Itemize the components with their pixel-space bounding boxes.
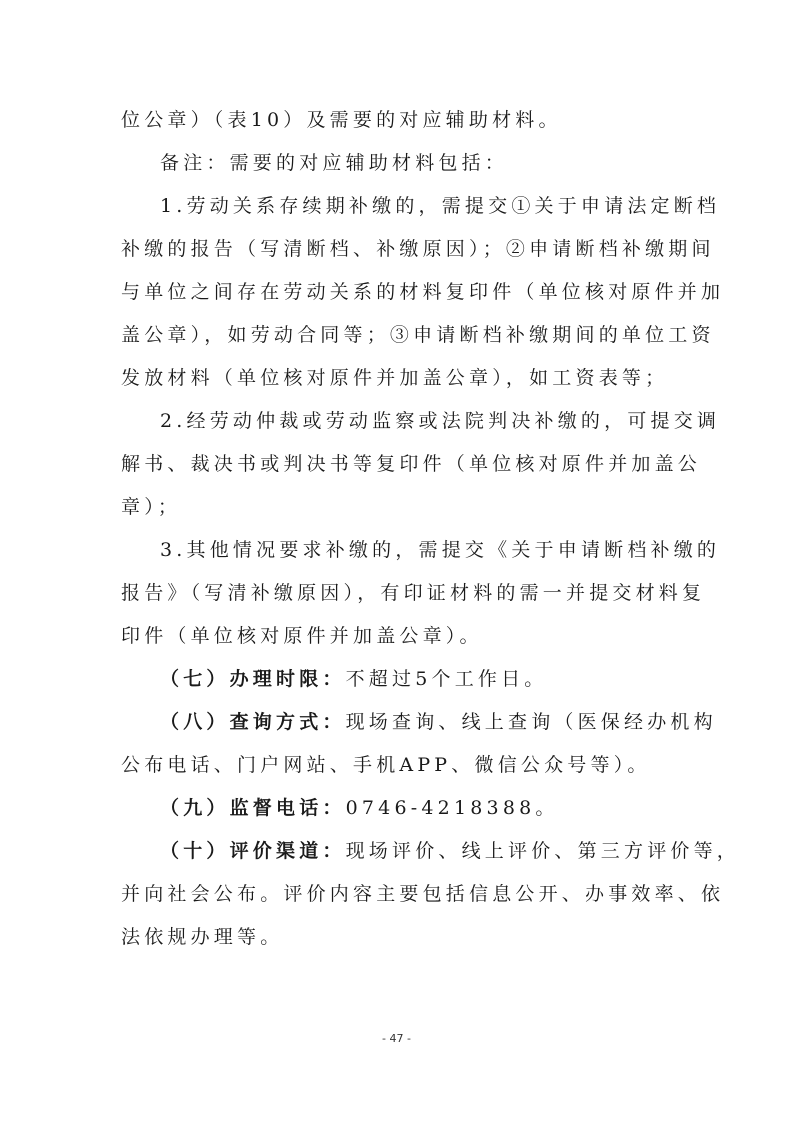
text-line: 报告》（写清补缴原因），有印证材料的需一并提交材料复 [121, 581, 681, 605]
phone-number: 0746-4218388。 [346, 797, 559, 819]
section-query-method: （八）查询方式：现场查询、线上查询（医保经办机构 [160, 710, 720, 734]
text-line: 法依规办理等。 [121, 925, 681, 949]
text-line: 公布电话、门户网站、手机APP、微信公众号等）。 [121, 753, 681, 777]
text-line: 盖公章），如劳动合同等；③申请断档补缴期间的单位工资 [121, 323, 681, 347]
text-line: 解书、裁决书或判决书等复印件（单位核对原件并加盖公 [121, 452, 681, 476]
text-line: 1.劳动关系存续期补缴的，需提交①关于申请法定断档 [160, 194, 720, 218]
section-text: 现场查询、线上查询（医保经办机构 [346, 711, 717, 733]
section-supervision-phone: （九）监督电话：0746-4218388。 [160, 796, 720, 820]
section-text: 不超过5个工作日。 [346, 668, 548, 690]
text-line: 位公章）（表10）及需要的对应辅助材料。 [121, 108, 681, 132]
text-line: 补缴的报告（写清断档、补缴原因）；②申请断档补缴期间 [121, 237, 681, 261]
text-line: 3.其他情况要求补缴的，需提交《关于申请断档补缴的 [160, 538, 720, 562]
text-line: 章）； [121, 495, 681, 519]
section-label: （七）办理时限： [160, 668, 346, 690]
text-line: 印件（单位核对原件并加盖公章）。 [121, 624, 681, 648]
section-label: （十）评价渠道： [160, 840, 346, 862]
text-line: 2.经劳动仲裁或劳动监察或法院判决补缴的，可提交调 [160, 409, 720, 433]
text-line: 发放材料（单位核对原件并加盖公章），如工资表等； [121, 366, 681, 390]
document-page: 位公章）（表10）及需要的对应辅助材料。 备注：需要的对应辅助材料包括： 1.劳… [0, 0, 793, 1122]
text-line: 与单位之间存在劳动关系的材料复印件（单位核对原件并加 [121, 280, 681, 304]
section-label: （八）查询方式： [160, 711, 346, 733]
section-processing-time: （七）办理时限：不超过5个工作日。 [160, 667, 720, 691]
note-heading: 备注：需要的对应辅助材料包括： [160, 151, 720, 175]
text-line: 并向社会公布。评价内容主要包括信息公开、办事效率、依 [121, 882, 681, 906]
section-evaluation-channels: （十）评价渠道：现场评价、线上评价、第三方评价等， [160, 839, 720, 863]
page-number: - 47 - [0, 1032, 793, 1045]
section-label: （九）监督电话： [160, 797, 346, 819]
section-text: 现场评价、线上评价、第三方评价等， [346, 840, 740, 862]
